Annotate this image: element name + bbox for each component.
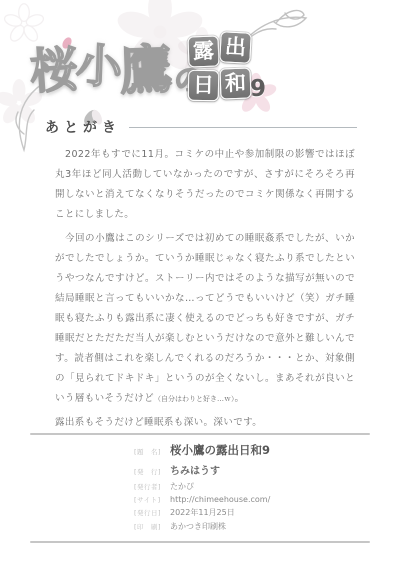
logo-tile: 露 xyxy=(187,35,219,67)
colophon-row-title: [題 名] 桜小鷹の露出日和9 xyxy=(134,442,370,458)
afterword-section: あとがき 2022年もすでに11月。コミケの中止や参加制限の影響ではほぼ丸3年ほ… xyxy=(45,118,357,437)
colophon-row-printer: [印 刷] あかつき印刷株 xyxy=(134,521,370,532)
colophon-value-website-url: http://chimeehouse.com/ xyxy=(170,495,270,504)
logo-char: 桜 xyxy=(28,45,79,96)
logo-tile: 日 xyxy=(188,70,220,102)
title-logo-header: 桜 小 鷹 の 露 出 日 和 9 xyxy=(0,0,400,128)
colophon-label: [サイト] xyxy=(134,495,166,504)
heading-divider xyxy=(129,127,357,128)
logo-kanji-tiles: 露 出 日 和 9 xyxy=(188,36,268,106)
colophon-row-author: [発行者] たかぴ xyxy=(134,481,370,492)
colophon-bottom-divider xyxy=(30,541,370,543)
colophon-value-publish-date: 2022年11月25日 xyxy=(170,507,235,518)
logo-char: 小 xyxy=(75,42,123,90)
paragraph-2-small-note: （自分はわりと好き…ｗ） xyxy=(154,395,235,403)
colophon-value-circle: ちみはうす xyxy=(170,462,220,477)
afterword-paragraph-1: 2022年もすでに11月。コミケの中止や参加制限の影響ではほぼ丸3年ほど同人活動… xyxy=(55,145,355,225)
colophon-row-website: [サイト] http://chimeehouse.com/ xyxy=(134,495,370,504)
colophon-row-date: [発行日] 2022年11月25日 xyxy=(134,507,370,518)
colophon-rows: [題 名] 桜小鷹の露出日和9 [発 行] ちみはうす [発行者] たかぴ [サ… xyxy=(30,435,370,541)
colophon-label: [発行日] xyxy=(134,508,166,517)
colophon: [題 名] 桜小鷹の露出日和9 [発 行] ちみはうす [発行者] たかぴ [サ… xyxy=(30,433,370,543)
afterword-heading: あとがき xyxy=(45,117,121,137)
colophon-row-circle: [発 行] ちみはうす xyxy=(134,462,370,477)
logo-volume-number: 9 xyxy=(250,76,266,102)
afterword-paragraph-3: 露出系もそうだけど睡眠系も深い。深いです。 xyxy=(55,413,355,433)
logo-char: 鷹 xyxy=(119,44,173,98)
colophon-label: [題 名] xyxy=(134,447,166,456)
colophon-value-printer: あかつき印刷株 xyxy=(170,521,226,532)
afterword-paragraph-2: 今回の小鷹はこのシリーズでは初めての睡眠姦系でしたが、いかがでしたでしょうか。て… xyxy=(55,229,355,409)
paragraph-2-tail: 。 xyxy=(235,393,245,404)
logo-tile: 和 xyxy=(219,67,251,99)
doujin-afterword-page: 桜 小 鷹 の 露 出 日 和 9 xyxy=(0,0,400,565)
colophon-label: [印 刷] xyxy=(134,522,166,531)
logo-main-title: 桜 小 鷹 の xyxy=(30,34,204,108)
afterword-heading-row: あとがき xyxy=(45,118,357,136)
afterword-body: 2022年もすでに11月。コミケの中止や参加制限の影響ではほぼ丸3年ほど同人活動… xyxy=(55,145,355,433)
colophon-value-author: たかぴ xyxy=(170,481,194,492)
paragraph-2-main: 今回の小鷹はこのシリーズでは初めての睡眠姦系でしたが、いかがでしたでしょうか。て… xyxy=(55,233,355,404)
colophon-label: [発 行] xyxy=(134,467,166,476)
colophon-value-title: 桜小鷹の露出日和9 xyxy=(170,442,270,458)
logo-tile: 出 xyxy=(219,31,252,64)
colophon-label: [発行者] xyxy=(134,482,166,491)
